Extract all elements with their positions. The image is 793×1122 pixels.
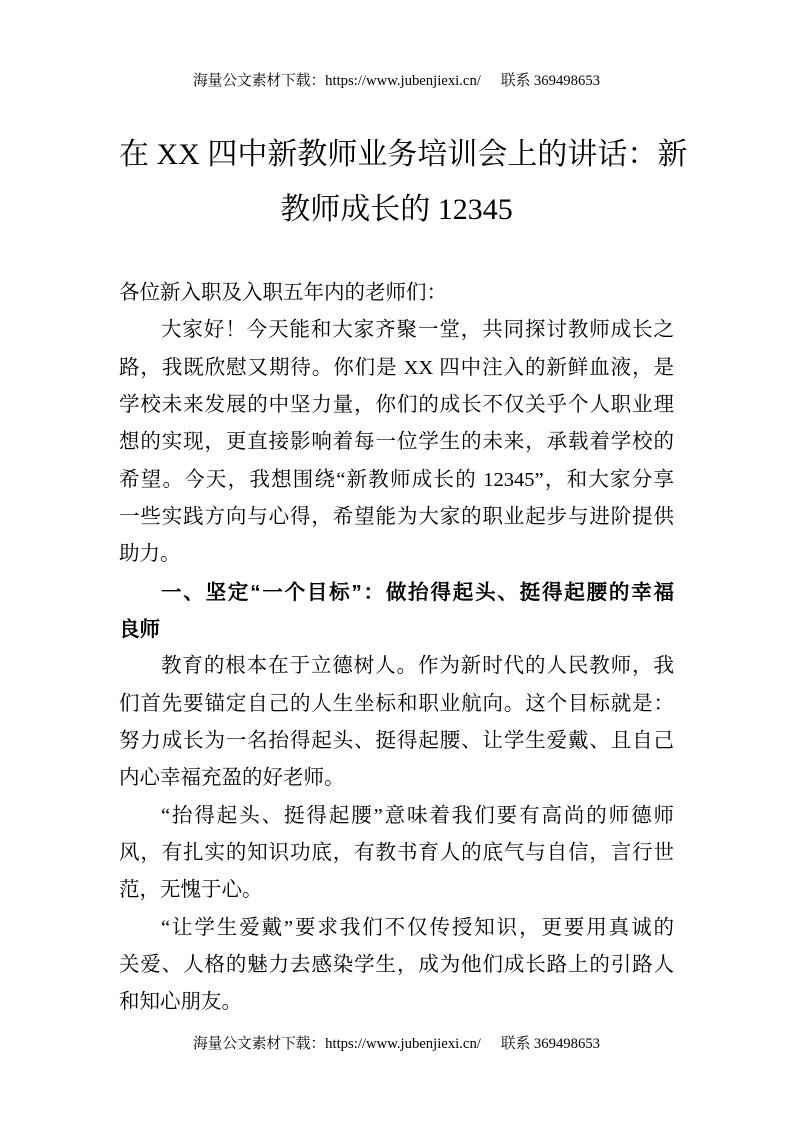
text-line: 一些实践方向与心得，希望能为大家的职业起步与进阶提供 — [119, 499, 674, 536]
page-footer: 海量公文素材下载：https://www.jubenjiexi.cn/联系 36… — [0, 1034, 793, 1054]
header-download-label: 海量公文素材下载： — [193, 73, 325, 89]
text-line: 和知心朋友。 — [119, 984, 674, 1021]
header-contact: 联系 369498653 — [501, 73, 600, 89]
page-header: 海量公文素材下载：https://www.jubenjiexi.cn/联系 36… — [0, 71, 793, 91]
document-body: 各位新入职及入职五年内的老师们：大家好！今天能和大家齐聚一堂，共同探讨教师成长之… — [119, 275, 674, 1022]
section-heading: 一、坚定“一个目标”：做抬得起头、挺得起腰的幸福良师 — [119, 574, 674, 649]
text-line: 各位新入职及入职五年内的老师们： — [119, 275, 674, 312]
text-line: 努力成长为一名抬得起头、挺得起腰、让学生爱戴、且自己 — [119, 723, 674, 760]
text-line: 内心幸福充盈的好老师。 — [119, 760, 674, 797]
footer-url: https://www.jubenjiexi.cn/ — [325, 1036, 481, 1052]
title-line: 在 XX 四中新教师业务培训会上的讲话：新 — [119, 127, 674, 182]
paragraph: “抬得起头、挺得起腰”意味着我们要有高尚的师德师风，有扎实的知识功底，有教书育人… — [119, 798, 674, 910]
text-line: “抬得起头、挺得起腰”意味着我们要有高尚的师德师 — [119, 798, 674, 835]
text-line: 范，无愧于心。 — [119, 872, 674, 909]
title-line: 教师成长的 12345 — [119, 182, 674, 237]
text-line: 路，我既欣慰又期待。你们是 XX 四中注入的新鲜血液，是 — [119, 350, 674, 387]
footer-download-label: 海量公文素材下载： — [193, 1036, 325, 1052]
footer-contact: 联系 369498653 — [501, 1036, 600, 1052]
text-line: 助力。 — [119, 536, 674, 573]
text-line: 良师 — [119, 611, 674, 648]
paragraph: 各位新入职及入职五年内的老师们： — [119, 275, 674, 312]
paragraph: “让学生爱戴”要求我们不仅传授知识，更要用真诚的关爱、人格的魅力去感染学生，成为… — [119, 910, 674, 1022]
text-line: 教育的根本在于立德树人。作为新时代的人民教师，我 — [119, 648, 674, 685]
paragraph: 教育的根本在于立德树人。作为新时代的人民教师，我们首先要锚定自己的人生坐标和职业… — [119, 648, 674, 797]
text-line: 们首先要锚定自己的人生坐标和职业航向。这个目标就是： — [119, 686, 674, 723]
text-line: 关爱、人格的魅力去感染学生，成为他们成长路上的引路人 — [119, 947, 674, 984]
text-line: 希望。今天，我想围绕“新教师成长的 12345”，和大家分享 — [119, 462, 674, 499]
document-page: 海量公文素材下载：https://www.jubenjiexi.cn/联系 36… — [0, 0, 793, 1122]
header-url: https://www.jubenjiexi.cn/ — [325, 73, 481, 89]
paragraph: 大家好！今天能和大家齐聚一堂，共同探讨教师成长之路，我既欣慰又期待。你们是 XX… — [119, 312, 674, 573]
document-title: 在 XX 四中新教师业务培训会上的讲话：新 教师成长的 12345 — [119, 127, 674, 237]
text-line: 一、坚定“一个目标”：做抬得起头、挺得起腰的幸福 — [119, 574, 674, 611]
text-line: 风，有扎实的知识功底，有教书育人的底气与自信，言行世 — [119, 835, 674, 872]
text-line: 想的实现，更直接影响着每一位学生的未来，承载着学校的 — [119, 424, 674, 461]
text-line: “让学生爱戴”要求我们不仅传授知识，更要用真诚的 — [119, 910, 674, 947]
text-line: 学校未来发展的中坚力量，你们的成长不仅关乎个人职业理 — [119, 387, 674, 424]
text-line: 大家好！今天能和大家齐聚一堂，共同探讨教师成长之 — [119, 312, 674, 349]
